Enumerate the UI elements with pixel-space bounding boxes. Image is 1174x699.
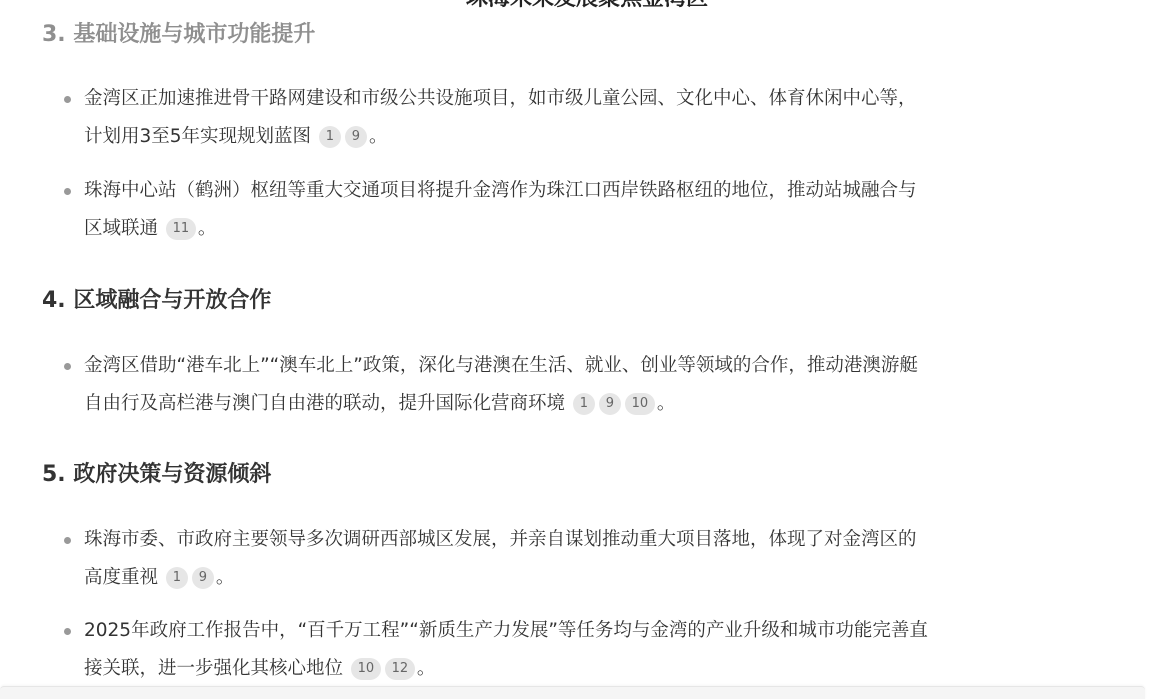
item-text-line: 珠海中心站（鹤洲）枢纽等重大交通项目将提升金湾作为珠江口西岸铁路枢纽的地位，推动… — [84, 172, 1167, 210]
list-item: 金湾区正加速推进骨干路网建设和市级公共设施项目，如市级儿童公园、文化中心、体育休… — [42, 80, 1167, 156]
item-text-line: 自由行及高栏港与澳门自由港的联动，提升国际化营商环境 — [84, 393, 565, 414]
item-text-line: 计划用3至5年实现规划蓝图 — [84, 126, 311, 147]
item-text-line: 金湾区借助“港车北上”“澳车北上”政策，深化与港澳在生活、就业、创业等领域的合作… — [84, 347, 1167, 385]
item-text-line: 高度重视 — [84, 567, 158, 588]
citation-badge[interactable]: 9 — [599, 393, 621, 415]
citation-badge[interactable]: 12 — [385, 658, 415, 680]
list-item: 2025年政府工作报告中，“百千万工程”“新质生产力发展”等任务均与金湾的产业升… — [42, 612, 1167, 688]
bullet-icon — [64, 537, 71, 544]
list-item: 珠海市委、市政府主要领导多次调研西部城区发展，并亲自谋划推动重大项目落地，体现了… — [42, 521, 1167, 597]
citation-badge[interactable]: 9 — [192, 567, 214, 589]
item-text-end: 。 — [216, 567, 235, 588]
document-title: 珠海未来发展聚焦金湾区 — [0, 0, 1174, 12]
citation-badge[interactable]: 1 — [166, 567, 188, 589]
item-text-line: 2025年政府工作报告中，“百千万工程”“新质生产力发展”等任务均与金湾的产业升… — [84, 612, 1167, 650]
item-text-line: 区域联通 — [84, 218, 158, 239]
section-heading-regional-integration: 4. 区域融合与开放合作 — [42, 286, 271, 316]
bullet-icon — [64, 188, 71, 195]
citation-badge[interactable]: 11 — [166, 218, 196, 240]
list-item: 金湾区借助“港车北上”“澳车北上”政策，深化与港澳在生活、就业、创业等领域的合作… — [42, 347, 1167, 423]
item-text-line: 接关联，进一步强化其核心地位 — [84, 658, 343, 679]
bullet-icon — [64, 96, 71, 103]
item-text-end: 。 — [417, 658, 436, 679]
section-heading-infrastructure: 3. 基础设施与城市功能提升 — [42, 20, 315, 50]
citation-badge[interactable]: 1 — [573, 393, 595, 415]
citation-badge[interactable]: 9 — [345, 126, 367, 148]
item-text-end: 。 — [657, 393, 676, 414]
citation-badge[interactable]: 1 — [319, 126, 341, 148]
list-item: 珠海中心站（鹤洲）枢纽等重大交通项目将提升金湾作为珠江口西岸铁路枢纽的地位，推动… — [42, 172, 1167, 248]
item-text-end: 。 — [198, 218, 217, 239]
citation-badge[interactable]: 10 — [351, 658, 381, 680]
section-heading-government-policy: 5. 政府决策与资源倾斜 — [42, 460, 271, 490]
item-text-line: 珠海市委、市政府主要领导多次调研西部城区发展，并亲自谋划推动重大项目落地，体现了… — [84, 521, 1167, 559]
item-text-end: 。 — [369, 126, 388, 147]
bullet-icon — [64, 363, 71, 370]
bullet-icon — [64, 628, 71, 635]
bottom-input-panel-edge — [0, 686, 1145, 699]
item-text-line: 金湾区正加速推进骨干路网建设和市级公共设施项目，如市级儿童公园、文化中心、体育休… — [84, 80, 1167, 118]
citation-badge[interactable]: 10 — [625, 393, 655, 415]
